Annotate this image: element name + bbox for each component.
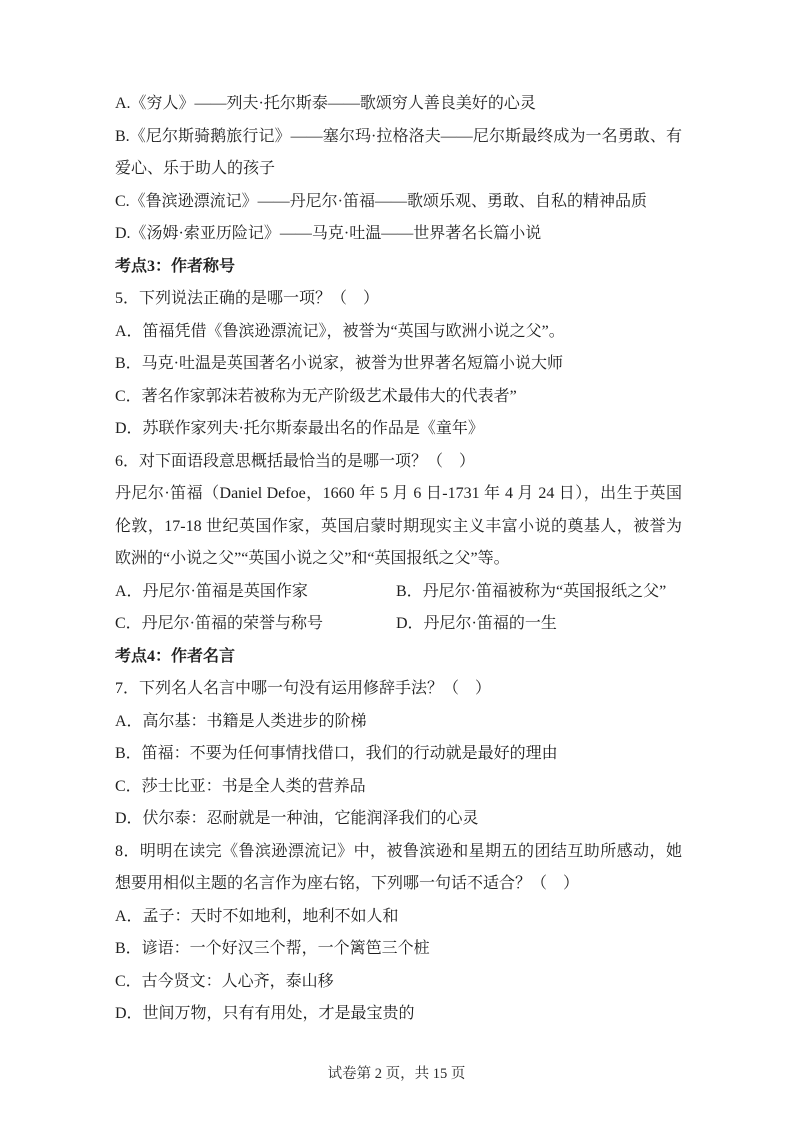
q7-option-d: D．伏尔泰：忍耐就是一种油，它能润泽我们的心灵 (115, 803, 682, 836)
exam-paper-page: A.《穷人》——列夫·托尔斯泰——歌颂穷人善良美好的心灵 B.《尼尔斯骑鹅旅行记… (0, 0, 793, 1122)
q6-passage: 丹尼尔·笛福（Daniel Defoe，1660 年 5 月 6 日-1731 … (115, 478, 682, 576)
q5-option-a: A．笛福凭借《鲁滨逊漂流记》，被誉为“英国与欧洲小说之父”。 (115, 316, 682, 349)
q8-option-d: D．世间万物，只有有用处，才是最宝贵的 (115, 998, 682, 1031)
q4-option-c: C.《鲁滨逊漂流记》——丹尼尔·笛福——歌颂乐观、勇敢、自私的精神品质 (115, 186, 682, 219)
q7-option-b: B．笛福：不要为任何事情找借口，我们的行动就是最好的理由 (115, 738, 682, 771)
q7-stem: 7．下列名人名言中哪一句没有运用修辞手法？（ ） (115, 673, 682, 706)
q7-option-a: A．高尔基：书籍是人类进步的阶梯 (115, 706, 682, 739)
q8-option-b: B．谚语：一个好汉三个帮，一个篱笆三个桩 (115, 933, 682, 966)
q6-option-a: A．丹尼尔·笛福是英国作家 (115, 576, 396, 609)
q4-option-a: A.《穷人》——列夫·托尔斯泰——歌颂穷人善良美好的心灵 (115, 88, 682, 121)
q7-option-c: C．莎士比亚：书是全人类的营养品 (115, 771, 682, 804)
section4-heading: 考点4：作者名言 (115, 641, 682, 674)
q6-option-d: D．丹尼尔·笛福的一生 (396, 608, 682, 641)
q6-option-b: B．丹尼尔·笛福被称为“英国报纸之父” (396, 576, 682, 609)
q6-stem: 6．对下面语段意思概括最恰当的是哪一项？（ ） (115, 446, 682, 479)
section3-heading: 考点3：作者称号 (115, 251, 682, 284)
q5-option-d: D．苏联作家列夫·托尔斯泰最出名的作品是《童年》 (115, 413, 682, 446)
q8-stem: 8．明明在读完《鲁滨逊漂流记》中，被鲁滨逊和星期五的团结互助所感动，她想要用相似… (115, 836, 682, 901)
q6-option-c: C．丹尼尔·笛福的荣誉与称号 (115, 608, 396, 641)
q4-option-b: B.《尼尔斯骑鹅旅行记》——塞尔玛·拉格洛夫——尼尔斯最终成为一名勇敢、有爱心、… (115, 121, 682, 186)
q6-options-row-2: C．丹尼尔·笛福的荣誉与称号 D．丹尼尔·笛福的一生 (115, 608, 682, 641)
exam-content: A.《穷人》——列夫·托尔斯泰——歌颂穷人善良美好的心灵 B.《尼尔斯骑鹅旅行记… (115, 88, 682, 1031)
q8-option-a: A．孟子：天时不如地利，地利不如人和 (115, 901, 682, 934)
q5-option-c: C．著名作家郭沫若被称为无产阶级艺术最伟大的代表者” (115, 381, 682, 414)
q6-options-row-1: A．丹尼尔·笛福是英国作家 B．丹尼尔·笛福被称为“英国报纸之父” (115, 576, 682, 609)
q5-option-b: B．马克·吐温是英国著名小说家，被誉为世界著名短篇小说大师 (115, 348, 682, 381)
q8-option-c: C．古今贤文：人心齐，泰山移 (115, 966, 682, 999)
q5-stem: 5．下列说法正确的是哪一项？（ ） (115, 283, 682, 316)
page-footer: 试卷第 2 页，共 15 页 (0, 1063, 793, 1085)
q4-option-d: D.《汤姆·索亚历险记》——马克·吐温——世界著名长篇小说 (115, 218, 682, 251)
